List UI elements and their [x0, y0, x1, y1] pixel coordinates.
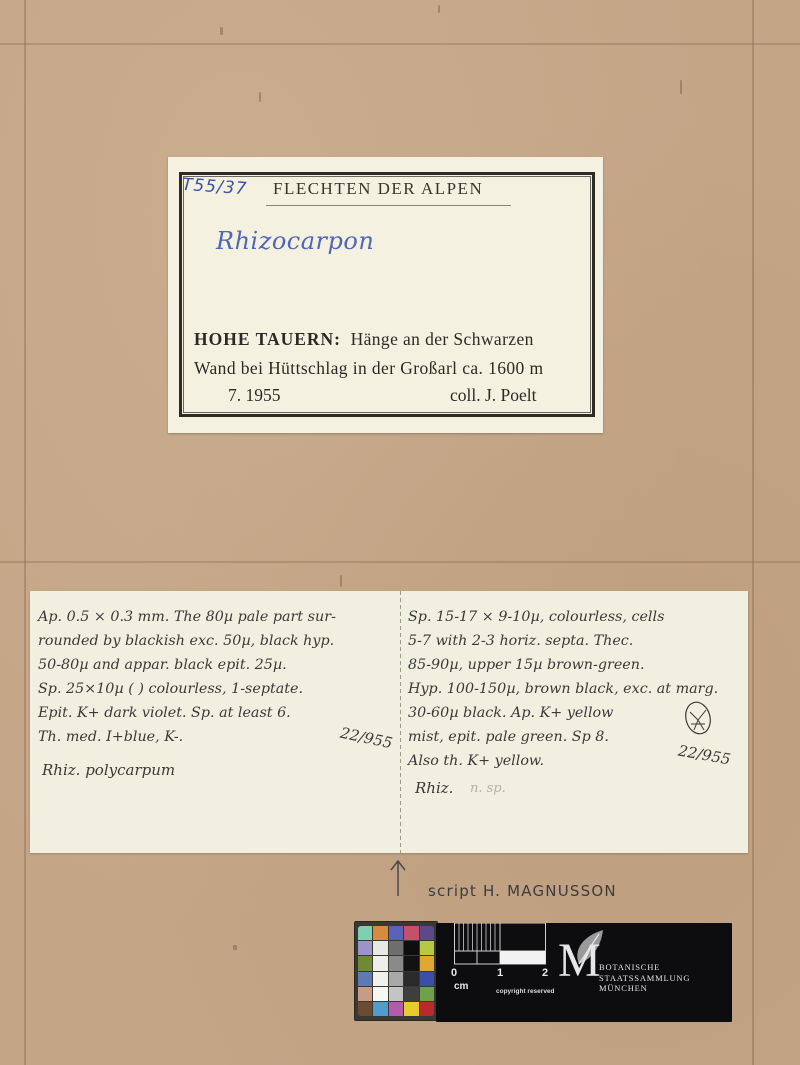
color-swatch — [373, 926, 387, 940]
locality-line-1: Hänge an der Schwarzen — [351, 329, 534, 349]
note-line: 85-90µ, upper 15µ brown-green. — [408, 653, 738, 677]
color-swatch — [373, 941, 387, 955]
herbarium-label: T55/37 FLECHTEN DER ALPEN Rhizocarpon HO… — [168, 157, 603, 433]
script-attribution: script H. MAGNUSSON — [428, 882, 617, 900]
color-swatch — [404, 1002, 418, 1016]
color-swatch — [404, 972, 418, 986]
note-line: Epit. K+ dark violet. Sp. at least 6. — [38, 701, 393, 725]
paper-fiber — [220, 27, 223, 35]
ruler-tick-2: 2 — [542, 967, 548, 979]
color-swatch — [373, 972, 387, 986]
institution-logo-m: M — [558, 937, 601, 985]
color-swatch — [389, 1002, 403, 1016]
color-swatch — [420, 941, 434, 955]
color-swatch-grid — [358, 926, 434, 1016]
color-swatch — [420, 972, 434, 986]
copyright-text: copyright reserved — [496, 988, 555, 995]
color-swatch — [420, 1002, 434, 1016]
color-swatch — [358, 987, 372, 1001]
title-underline — [266, 205, 511, 206]
note-line: 5-7 with 2-3 horiz. septa. Thec. — [408, 629, 738, 653]
color-swatch — [389, 956, 403, 970]
locality-line-2: Wand bei Hüttschlag in der Großarl ca. 1… — [194, 354, 585, 383]
color-swatch — [389, 972, 403, 986]
color-checker — [354, 921, 438, 1021]
color-swatch — [404, 926, 418, 940]
color-swatch — [358, 1002, 372, 1016]
taxon-name-handwritten: Rhizocarpon — [216, 227, 374, 255]
note-line: Ap. 0.5 × 0.3 mm. The 80µ pale part sur- — [38, 605, 393, 629]
ruler-tick-1: 1 — [497, 967, 503, 979]
note-line: rounded by blackish exc. 50µ, black hyp. — [38, 629, 393, 653]
color-swatch — [404, 941, 418, 955]
color-swatch — [358, 972, 372, 986]
color-swatch — [404, 987, 418, 1001]
color-swatch — [373, 1002, 387, 1016]
fold-line-left — [24, 0, 26, 1065]
note-line: Sp. 15-17 × 9-10µ, colourless, cells — [408, 605, 738, 629]
fold-line-top — [0, 43, 800, 45]
card-fold-divider — [400, 591, 401, 853]
handwritten-notes-card: Ap. 0.5 × 0.3 mm. The 80µ pale part sur-… — [30, 591, 748, 853]
locality-text: HOHE TAUERN: Hänge an der Schwarzen Wand… — [194, 325, 585, 383]
color-swatch — [358, 926, 372, 940]
spore-sketch-icon — [680, 698, 716, 738]
ruler-icon — [454, 923, 546, 965]
collector: coll. J. Poelt — [450, 385, 537, 406]
paper-fiber — [259, 92, 261, 102]
color-swatch — [373, 987, 387, 1001]
series-title: FLECHTEN DER ALPEN — [273, 179, 483, 199]
notes-left-column: Ap. 0.5 × 0.3 mm. The 80µ pale part sur-… — [38, 605, 393, 749]
note-line: 50-80µ and appar. black epit. 25µ. — [38, 653, 393, 677]
color-swatch — [389, 941, 403, 955]
color-swatch — [389, 987, 403, 1001]
note-taxon-left: Rhiz. polycarpum — [42, 761, 175, 779]
paper-fiber — [233, 945, 237, 950]
note-taxon-right: Rhiz. — [415, 779, 453, 797]
ruler-unit: cm — [454, 981, 468, 992]
note-line: Sp. 25×10µ ( ) colourless, 1-septate. — [38, 677, 393, 701]
color-swatch — [420, 926, 434, 940]
paper-fiber — [680, 80, 682, 94]
color-swatch — [373, 956, 387, 970]
paper-fiber — [438, 5, 440, 13]
fold-line-middle — [0, 561, 800, 563]
color-swatch — [420, 956, 434, 970]
color-swatch — [389, 926, 403, 940]
color-swatch — [358, 956, 372, 970]
locality-region: HOHE TAUERN: — [194, 329, 341, 349]
scale-bar-plate: 0 1 2 cm copyright reserved M BOTANISCHE… — [436, 923, 732, 1022]
color-swatch — [358, 941, 372, 955]
color-swatch — [420, 987, 434, 1001]
arrow-up-icon — [388, 858, 408, 898]
fold-line-right — [752, 0, 754, 1065]
collection-date: 7. 1955 — [228, 385, 281, 406]
institution-name: BOTANISCHE STAATSSAMMLUNG MÜNCHEN — [599, 962, 690, 994]
ruler-tick-0: 0 — [451, 967, 457, 979]
paper-fiber — [340, 575, 342, 587]
color-swatch — [404, 956, 418, 970]
pencil-annotation: n. sp. — [470, 781, 506, 796]
